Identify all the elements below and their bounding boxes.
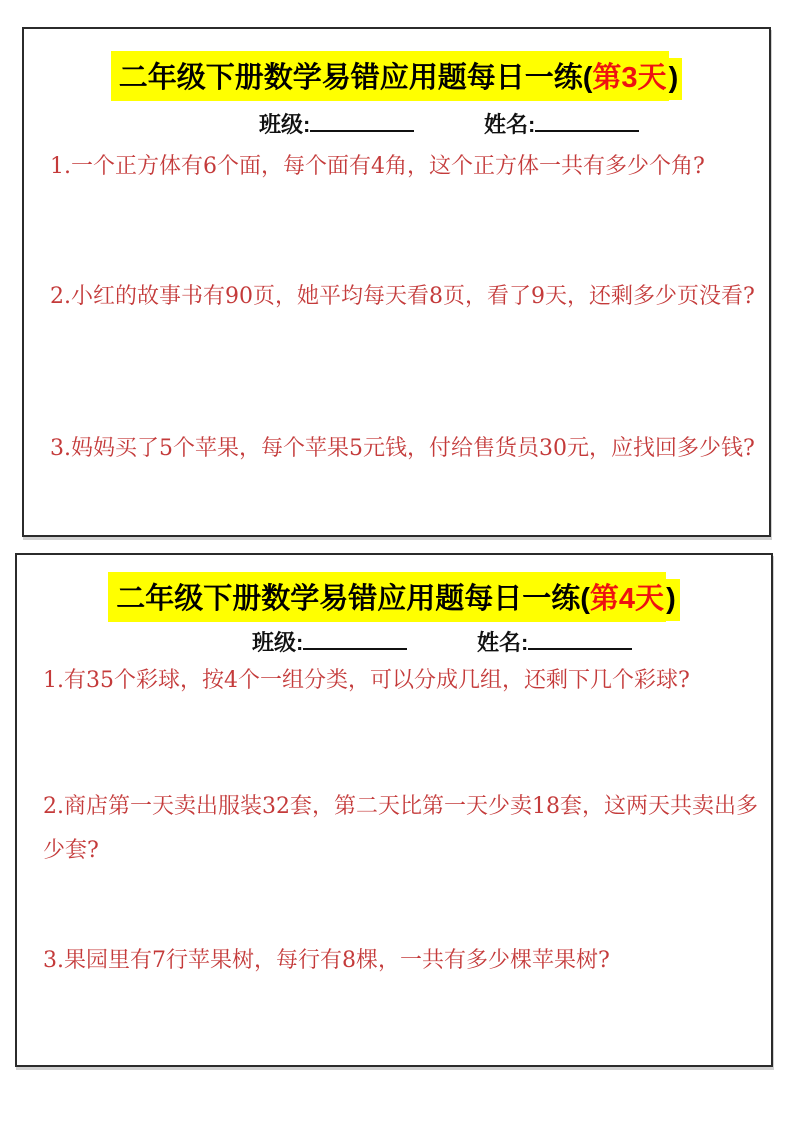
worksheet-panel-day3: 二年级下册数学易错应用题每日一练(第3天) 班级: 姓名: 1.一个正方体有6个… <box>22 27 771 537</box>
question-3: 3.果园里有7行苹果树，每行有8棵，一共有多少棵苹果树? <box>43 939 765 983</box>
class-field: 班级: <box>252 626 407 657</box>
worksheet-title-day4: 二年级下册数学易错应用题每日一练(第4天) <box>17 572 771 622</box>
worksheet-title-day3: 二年级下册数学易错应用题每日一练(第3天) <box>24 51 769 101</box>
title-suffix: ) <box>666 579 680 621</box>
title-highlight: 二年级下册数学易错应用题每日一练(第4天 <box>108 572 666 622</box>
title-highlight: 二年级下册数学易错应用题每日一练(第3天 <box>111 51 669 101</box>
student-info-row: 班级: 姓名: <box>17 626 771 656</box>
name-field: 姓名: <box>484 108 639 139</box>
name-label: 姓名: <box>477 630 528 655</box>
name-blank-line <box>528 630 632 650</box>
title-prefix: 二年级下册数学易错应用题每日一练( <box>116 583 590 615</box>
title-prefix: 二年级下册数学易错应用题每日一练( <box>119 62 593 94</box>
day-number: 第3天 <box>592 62 666 94</box>
name-label: 姓名: <box>484 112 535 137</box>
class-label: 班级: <box>259 112 310 137</box>
student-info-row: 班级: 姓名: <box>24 108 769 138</box>
title-suffix: ) <box>669 58 683 100</box>
class-field: 班级: <box>259 108 414 139</box>
worksheet-panel-day4: 二年级下册数学易错应用题每日一练(第4天) 班级: 姓名: 1.有35个彩球，按… <box>15 553 773 1067</box>
question-1: 1.有35个彩球，按4个一组分类，可以分成几组，还剩下几个彩球? <box>43 659 765 703</box>
question-3: 3.妈妈买了5个苹果，每个苹果5元钱，付给售货员30元，应找回多少钱? <box>50 427 772 471</box>
name-blank-line <box>535 112 639 132</box>
day-number: 第4天 <box>590 583 664 615</box>
name-field: 姓名: <box>477 626 632 657</box>
question-1: 1.一个正方体有6个面，每个面有4角，这个正方体一共有多少个角? <box>50 145 772 189</box>
question-2: 2.商店第一天卖出服装32套，第二天比第一天少卖18套，这两天共卖出多少套? <box>43 785 765 873</box>
class-label: 班级: <box>252 630 303 655</box>
question-2: 2.小红的故事书有90页，她平均每天看8页，看了9天，还剩多少页没看? <box>50 275 772 319</box>
class-blank-line <box>310 112 414 132</box>
class-blank-line <box>303 630 407 650</box>
